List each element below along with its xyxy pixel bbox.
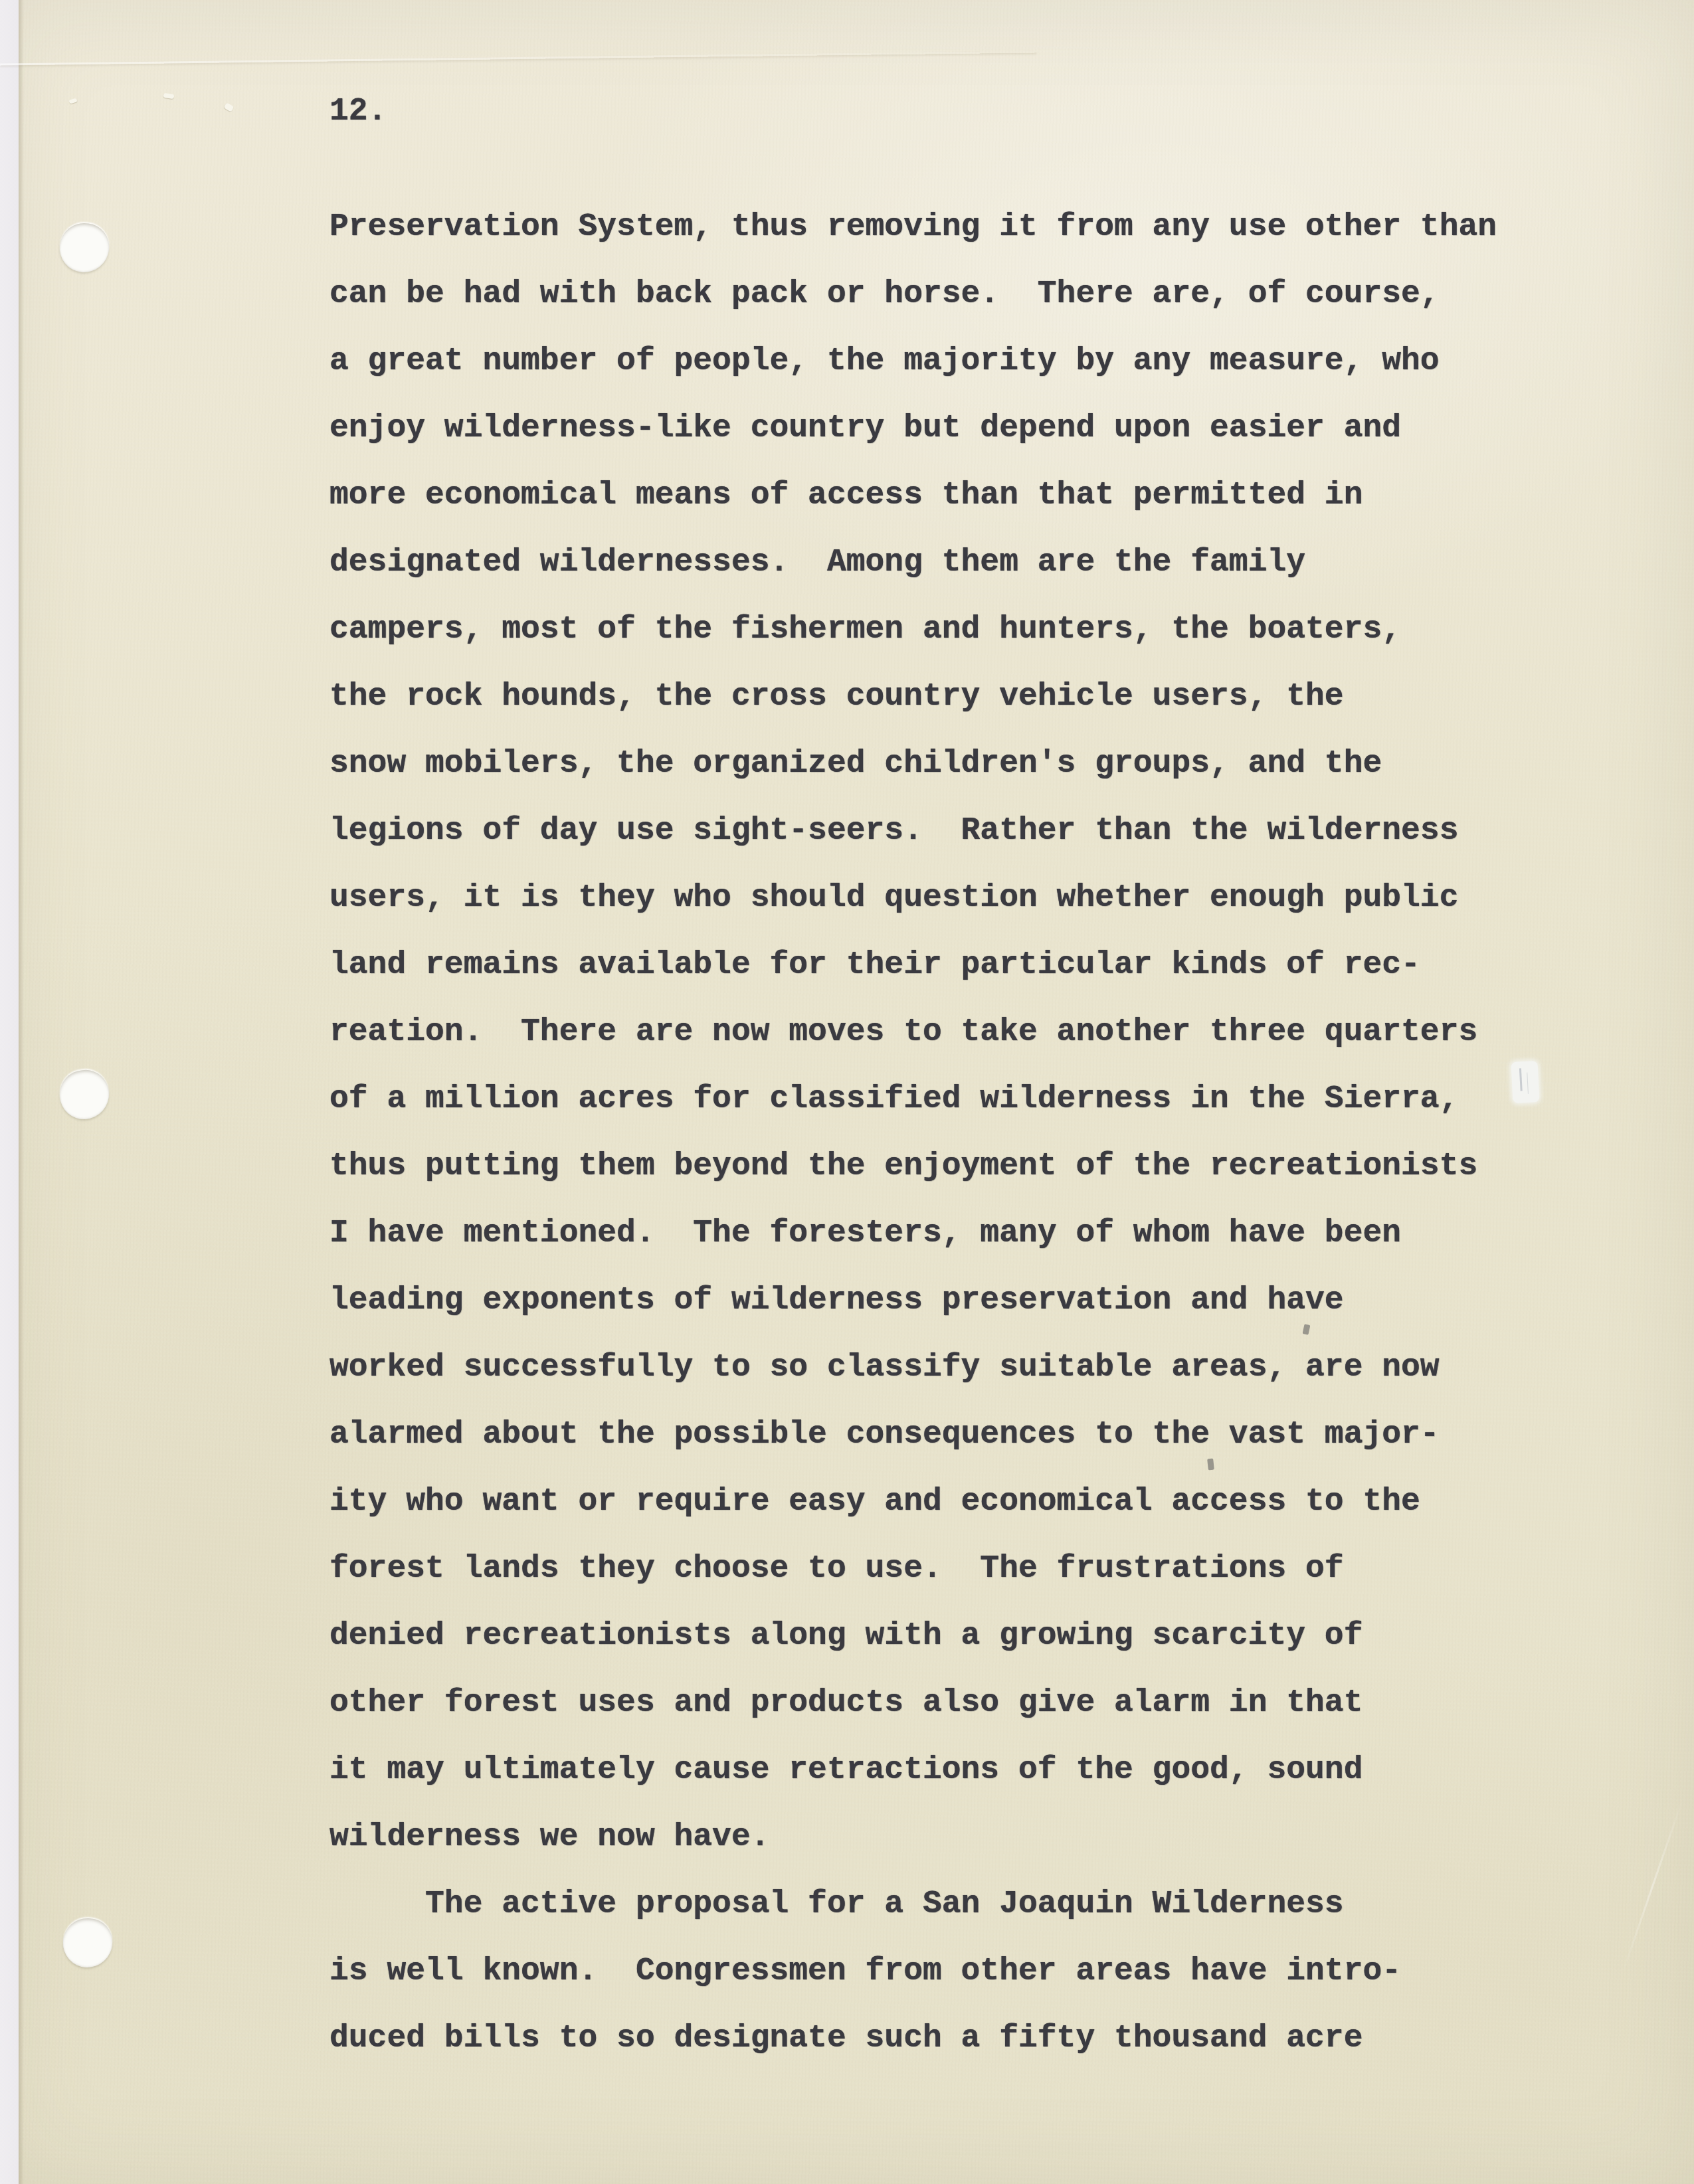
typed-line: enjoy wilderness-like country but depend… <box>329 395 1497 462</box>
typed-line: The active proposal for a San Joaquin Wi… <box>329 1871 1497 1938</box>
typed-line: is well known. Congressmen from other ar… <box>329 1938 1497 2005</box>
typed-line: users, it is they who should question wh… <box>329 865 1497 932</box>
typed-body: Preservation System, thus removing it fr… <box>329 194 1497 2072</box>
typed-line: designated wildernesses. Among them are … <box>329 529 1497 596</box>
typed-line: a great number of people, the majority b… <box>329 328 1497 395</box>
typed-line: snow mobilers, the organized children's … <box>329 731 1497 798</box>
typed-line: leading exponents of wilderness preserva… <box>329 1267 1497 1334</box>
page-number: 12. <box>329 92 387 132</box>
typed-line: I have mentioned. The foresters, many of… <box>329 1200 1497 1267</box>
typed-line: ity who want or require easy and economi… <box>329 1469 1497 1536</box>
typed-line: Preservation System, thus removing it fr… <box>329 194 1497 261</box>
scanned-page: 12. Preservation System, thus removing i… <box>0 0 1694 2184</box>
scanner-background-strip <box>0 0 19 2184</box>
typed-line: wilderness we now have. <box>329 1804 1497 1871</box>
typed-line: land remains available for their particu… <box>329 932 1497 999</box>
typed-line: worked successfully to so classify suita… <box>329 1334 1497 1402</box>
typed-line: reation. There are now moves to take ano… <box>329 999 1497 1066</box>
typed-line: denied recreationists along with a growi… <box>329 1603 1497 1670</box>
paper-left-edge-shadow <box>19 0 24 2184</box>
typed-line: more economical means of access than tha… <box>329 462 1497 529</box>
typed-line: the rock hounds, the cross country vehic… <box>329 664 1497 731</box>
typed-line: of a million acres for classified wilder… <box>329 1066 1497 1133</box>
typed-overstrike-mark <box>1207 1459 1214 1471</box>
typed-line: legions of day use sight-seers. Rather t… <box>329 798 1497 865</box>
typed-line: alarmed about the possible consequences … <box>329 1402 1497 1469</box>
typed-line: other forest uses and products also give… <box>329 1670 1497 1737</box>
typed-line: can be had with back pack or horse. Ther… <box>329 261 1497 328</box>
typed-line: it may ultimately cause retractions of t… <box>329 1737 1497 1804</box>
typed-line: duced bills to so designate such a fifty… <box>329 2005 1497 2072</box>
typed-line: forest lands they choose to use. The fru… <box>329 1536 1497 1603</box>
typed-line: campers, most of the fishermen and hunte… <box>329 596 1497 664</box>
whiteout-correction-smudge <box>1511 1061 1539 1103</box>
typed-line: thus putting them beyond the enjoyment o… <box>329 1133 1497 1200</box>
